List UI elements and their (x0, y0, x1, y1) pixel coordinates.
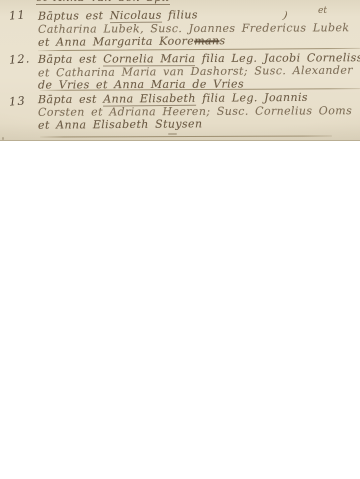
document-scan: et Anna van den Spil 11 Bāptus est Nicol… (0, 0, 360, 141)
insertion-caret: ) (282, 9, 289, 23)
entry-text: filius (162, 8, 198, 21)
struck-text: man (194, 34, 219, 47)
entry-text: filia Leg. Joannis (196, 91, 308, 105)
entry-number: 13 (9, 93, 27, 108)
entry-number: 11 (9, 7, 27, 22)
entry-text: et Anna Margarita Koore (38, 34, 194, 48)
ink-speck (168, 133, 177, 135)
entry-text: Bāpta est (38, 53, 103, 66)
entry-line: Bāptus est Nicolaus filius (38, 8, 198, 22)
separator-rule (40, 135, 332, 137)
insertion-text: et (318, 6, 327, 16)
page: { "page": { "background": "#ffffff" }, "… (0, 0, 360, 479)
ink-speck (2, 137, 4, 140)
underlined-name: Nicolaus (110, 9, 162, 23)
entry-text: Bāptus est (38, 9, 110, 23)
entry-text: Bāpta est (38, 93, 103, 107)
entry-line: et Anna Elisabeth Stuysen (38, 117, 203, 131)
entry-text: s (219, 34, 225, 47)
entry-line: et Anna Margarita Kooremans (38, 34, 226, 49)
entry-number: 12. (9, 51, 31, 66)
partial-line-top: et Anna van den Spil (36, 0, 170, 5)
